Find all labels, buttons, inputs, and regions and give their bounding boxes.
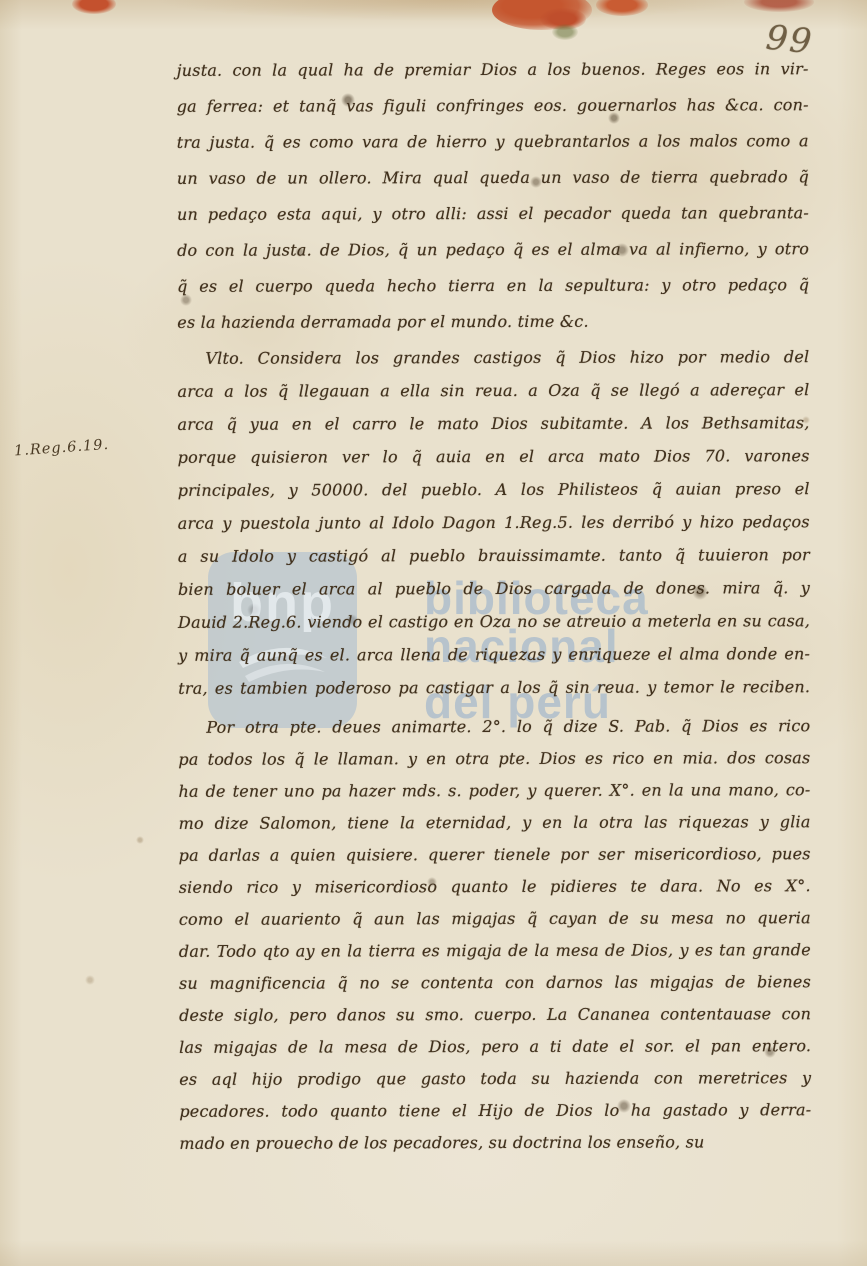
- paragraph: Vlto. Considera los grandes castigos q̃ …: [177, 340, 810, 705]
- text-block: justa. con la qual ha de premiar Dios a …: [177, 51, 812, 1160]
- manuscript-line: arca q̃ yua en el carro le mato Dios sub…: [177, 406, 809, 441]
- margin-note-scripture-ref: 1.Reg.6.19.: [14, 437, 115, 460]
- manuscript-line: ha de tener uno pa hazer mds. s. poder, …: [178, 774, 810, 808]
- manuscript-line: q̃ es el cuerpo queda hecho tierra en la…: [177, 267, 809, 305]
- manuscript-line: arca y puestola junto al Idolo Dagon 1.R…: [178, 505, 810, 540]
- red-stain: [72, 0, 116, 14]
- manuscript-line: como el auariento q̃ aun las migajas q̃ …: [179, 902, 811, 936]
- manuscript-line: pa todos los q̃ le llaman. y en otra pte…: [178, 742, 810, 776]
- manuscript-line: un vaso de un ollero. Mira qual queda un…: [177, 159, 809, 197]
- manuscript-line: un pedaço esta aqui, y otro alli: assi e…: [177, 195, 809, 233]
- manuscript-line: es aql hijo prodigo que gasto toda su ha…: [179, 1062, 811, 1096]
- red-stain: [492, 0, 592, 30]
- manuscript-line: a su Idolo y castigó al pueblo brauissim…: [178, 538, 810, 573]
- manuscript-line: arca a los q̃ llegauan a ella sin reua. …: [177, 373, 809, 408]
- manuscript-line: pecadores. todo quanto tiene el Hijo de …: [179, 1094, 811, 1128]
- manuscript-line: justa. con la qual ha de premiar Dios a …: [177, 51, 809, 89]
- manuscript-line: tra, es tambien poderoso pa castigar a l…: [178, 670, 810, 705]
- manuscript-line: mo dize Salomon, tiene la eternidad, y e…: [179, 806, 811, 840]
- manuscript-line: bien boluer el arca al pueblo de Dios ca…: [178, 571, 810, 606]
- red-stain: [744, 0, 814, 12]
- green-speck: [552, 24, 578, 40]
- manuscript-page: 99 1.Reg.6.19. bnp biblioteca nacional d…: [0, 0, 867, 1266]
- manuscript-line: Por otra pte. deues animarte. 2°. lo q̃ …: [178, 710, 810, 744]
- paragraph: Por otra pte. deues animarte. 2°. lo q̃ …: [178, 710, 811, 1160]
- manuscript-line: porque quisieron ver lo q̃ auia en el ar…: [178, 439, 810, 474]
- red-stain: [596, 0, 648, 16]
- manuscript-line: deste siglo, pero danos su smo. cuerpo. …: [179, 998, 811, 1032]
- manuscript-line: Dauid 2.Reg.6. viendo el castigo en Oza …: [178, 604, 810, 639]
- manuscript-line: do con la justa. de Dios, q̃ un pedaço q…: [177, 231, 809, 269]
- red-stain: [540, 8, 586, 30]
- manuscript-line: Vlto. Considera los grandes castigos q̃ …: [177, 340, 809, 375]
- manuscript-line: ga ferrea: et tanq̃ vas figuli confringe…: [177, 87, 809, 125]
- manuscript-line: siendo rico y misericordioso quanto le p…: [179, 870, 811, 904]
- manuscript-line: dar. Todo qto ay en la tierra es migaja …: [179, 934, 811, 968]
- manuscript-line: su magnificencia q̃ no se contenta con d…: [179, 966, 811, 1000]
- paragraph: justa. con la qual ha de premiar Dios a …: [177, 51, 810, 341]
- manuscript-line: y mira q̃ aunq̃ es el. arca llena de riq…: [178, 637, 810, 672]
- manuscript-line: es la hazienda derramada por el mundo. t…: [177, 303, 809, 341]
- manuscript-line: tra justa. q̃ es como vara de hierro y q…: [177, 123, 809, 161]
- manuscript-line: mado en prouecho de los pecadores, su do…: [179, 1126, 811, 1160]
- manuscript-line: pa darlas a quien quisiere. querer tiene…: [179, 838, 811, 872]
- manuscript-line: principales, y 50000. del pueblo. A los …: [178, 472, 810, 507]
- manuscript-line: las migajas de la mesa de Dios, pero a t…: [179, 1030, 811, 1064]
